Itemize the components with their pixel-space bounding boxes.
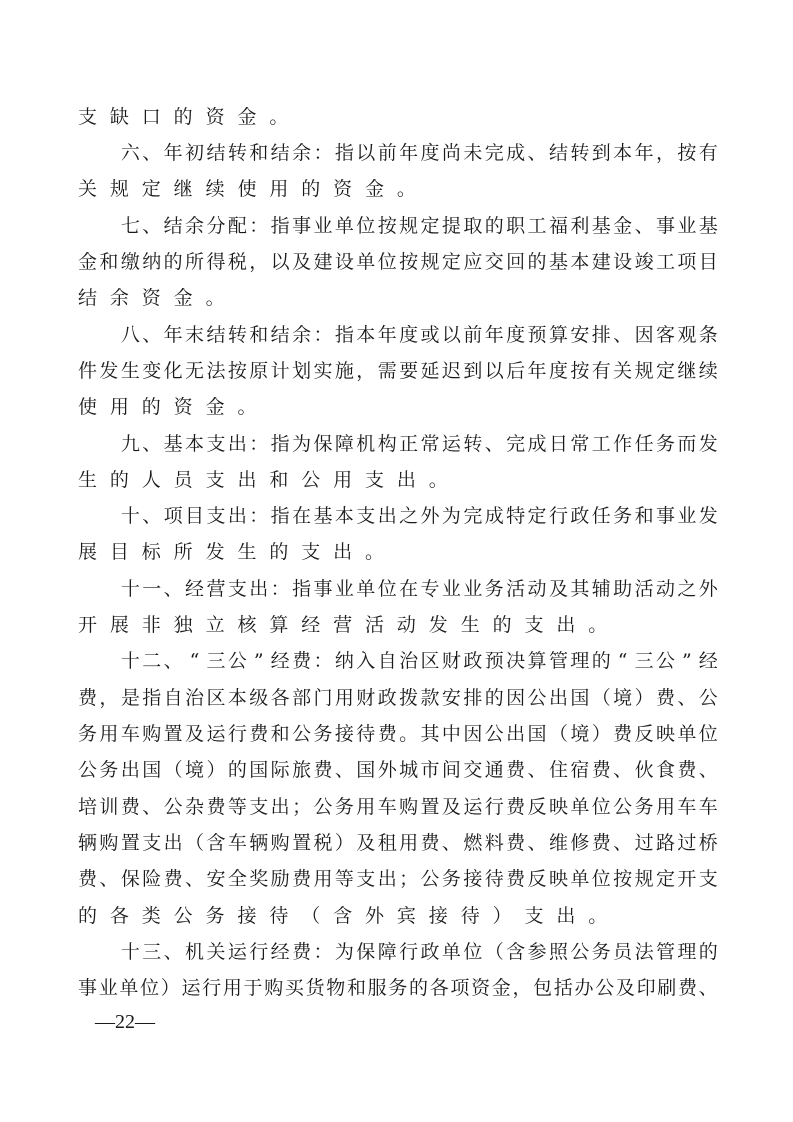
text-line: 的各类公务接待（含外宾接待）支出。 xyxy=(78,901,718,931)
text-line: 十三、机关运行经费：为保障行政单位（含参照公务员法管理的 xyxy=(78,937,718,967)
text-line: 支缺口的资金。 xyxy=(78,102,718,132)
text-line: 费、保险费、安全奖励费用等支出；公务接待费反映单位按规定开支 xyxy=(78,864,718,894)
text-line: 八、年末结转和结余：指本年度或以前年度预算安排、因客观条 xyxy=(78,320,718,350)
text-line: 六、年初结转和结余：指以前年度尚未完成、结转到本年，按有 xyxy=(78,138,718,168)
document-page: 支缺口的资金。 六、年初结转和结余：指以前年度尚未完成、结转到本年，按有关规定继… xyxy=(0,0,793,1122)
text-line: 生的人员支出和公用支出。 xyxy=(78,465,718,495)
text-line: 七、结余分配：指事业单位按规定提取的职工福利基金、事业基 xyxy=(78,211,718,241)
text-line: 展目标所发生的支出。 xyxy=(78,537,718,567)
text-line: 十一、经营支出：指事业单位在专业业务活动及其辅助活动之外 xyxy=(78,574,718,604)
text-line: 公务出国（境）的国际旅费、国外城市间交通费、住宿费、伙食费、 xyxy=(78,755,718,785)
text-line: 十二、“三公”经费：纳入自治区财政预决算管理的“三公”经 xyxy=(78,646,718,676)
text-line: 辆购置支出（含车辆购置税）及租用费、燃料费、维修费、过路过桥 xyxy=(78,828,718,858)
text-line: 费，是指自治区本级各部门用财政拨款安排的因公出国（境）费、公 xyxy=(78,683,718,713)
text-line: 十、项目支出：指在基本支出之外为完成特定行政任务和事业发 xyxy=(78,501,718,531)
text-line: 开展非独立核算经营活动发生的支出。 xyxy=(78,610,718,640)
text-line: 培训费、公杂费等支出；公务用车购置及运行费反映单位公务用车车 xyxy=(78,792,718,822)
text-line: 关规定继续使用的资金。 xyxy=(78,174,718,204)
text-line: 事业单位）运行用于购买货物和服务的各项资金，包括办公及印刷费、 xyxy=(78,973,718,1003)
page-number: —22— xyxy=(95,1008,155,1036)
text-line: 务用车购置及运行费和公务接待费。其中因公出国（境）费反映单位 xyxy=(78,719,718,749)
text-line: 使用的资金。 xyxy=(78,392,718,422)
text-line: 金和缴纳的所得税，以及建设单位按规定应交回的基本建设竣工项目 xyxy=(78,247,718,277)
text-line: 结余资金。 xyxy=(78,283,718,313)
text-line: 九、基本支出：指为保障机构正常运转、完成日常工作任务而发 xyxy=(78,429,718,459)
text-line: 件发生变化无法按原计划实施，需要延迟到以后年度按有关规定继续 xyxy=(78,356,718,386)
